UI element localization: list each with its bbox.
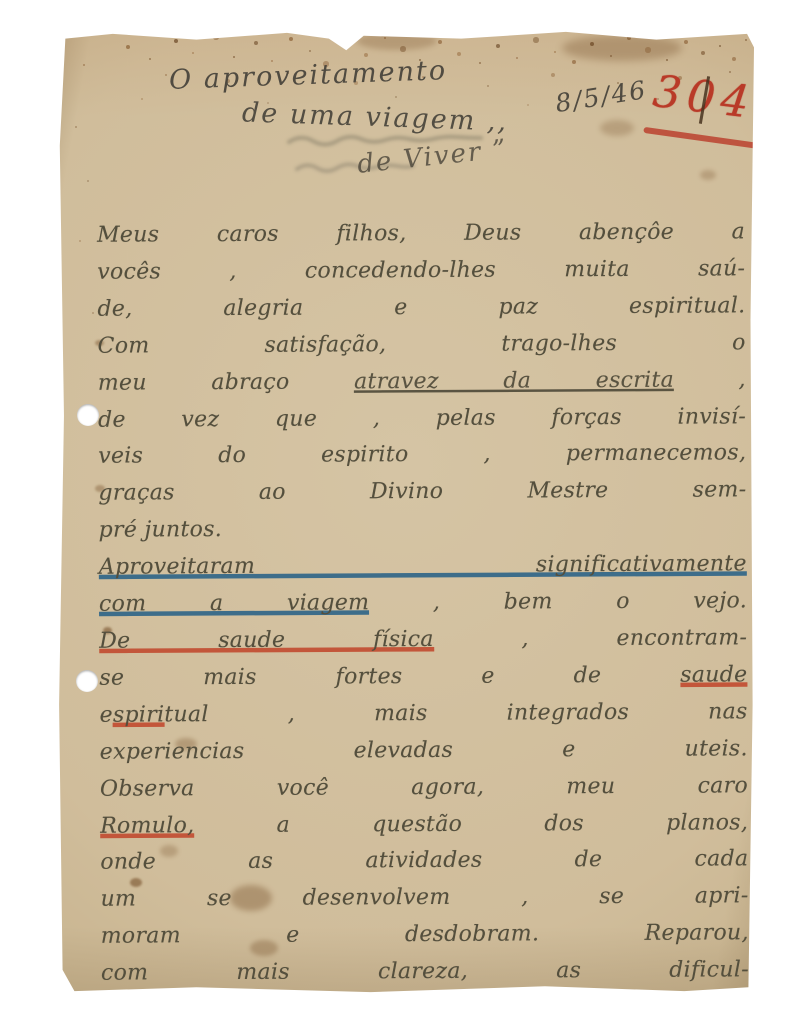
line-segment: com mais clareza, as dificul- <box>101 957 749 985</box>
manuscript-line: Com satisfação, trago-lhes o <box>98 325 746 365</box>
stain <box>700 170 716 180</box>
underlined-segment-red: spiri <box>113 702 165 727</box>
manuscript-line: meu abraço atravez da escrita , <box>98 362 746 402</box>
line-segment: e <box>100 702 113 727</box>
line-segment: de vez que , pelas forças invisí- <box>98 404 746 432</box>
manuscript-line: pré juntos. <box>99 510 747 550</box>
line-segment: tual , mais integrados nas <box>164 699 747 727</box>
underlined-segment-red: saude <box>680 662 747 687</box>
manuscript-line: moram e desdobram. Reparou, <box>101 916 749 956</box>
line-segment: , <box>674 367 746 392</box>
stain <box>357 32 437 50</box>
stain <box>600 120 634 136</box>
line-segment: a questão dos planos, <box>194 810 748 838</box>
manuscript-line: vocês , concedendo-lhes muita saú- <box>97 251 745 291</box>
manuscript-line: De saude física , encontram- <box>99 620 747 660</box>
line-segment: experiencias elevadas e uteis. <box>100 736 748 764</box>
page-number-underline <box>643 127 775 151</box>
underlined-segment-red: De saude física <box>99 627 434 654</box>
line-segment: meu abraço <box>98 369 354 395</box>
line-segment: se mais fortes e de <box>99 663 680 691</box>
manuscript-line: Meus caros filhos, Deus abençôe a <box>97 214 745 254</box>
line-segment: moram e desdobram. Reparou, <box>101 921 749 949</box>
header-title-line1: O aproveitamento <box>169 55 448 96</box>
manuscript-line: Romulo, a questão dos planos, <box>100 805 748 845</box>
hole-punch-bottom <box>76 670 98 692</box>
manuscript-line: com a viagem , bem o vejo. <box>99 583 747 623</box>
line-segment: Observa você agora, meu caro <box>100 773 748 801</box>
manuscript-line: veis do espirito , permanecemos, <box>98 436 746 476</box>
line-segment: vocês , concedendo-lhes muita saú- <box>97 256 745 284</box>
line-segment: de, alegria e paz espiritual. <box>97 293 745 321</box>
underlined-segment-red: Romulo, <box>100 813 194 838</box>
underlined-segment-pencil: atravez da escrita <box>354 367 674 394</box>
letter-body: Meus caros filhos, Deus abençôe avocês ,… <box>97 214 749 992</box>
line-segment: pré juntos. <box>99 517 223 543</box>
stain <box>562 35 682 61</box>
manuscript-line: experiencias elevadas e uteis. <box>100 731 748 771</box>
manuscript-line: Observa você agora, meu caro <box>100 768 748 808</box>
line-segment: , bem o vejo. <box>369 588 747 615</box>
manuscript-line: graças ao Divino Mestre sem- <box>98 473 746 513</box>
foxing-speckles <box>57 30 59 32</box>
underlined-segment-blue: Aproveitaram significativamente <box>99 551 747 579</box>
manuscript-line: onde as atividades de cada <box>100 842 748 882</box>
line-segment: onde as atividades de cada <box>100 847 748 875</box>
line-segment: graças ao Divino Mestre sem- <box>98 478 746 506</box>
manuscript-line: de vez que , pelas forças invisí- <box>98 399 746 439</box>
line-segment: veis do espirito , permanecemos, <box>98 441 746 469</box>
manuscript-line: de, alegria e paz espiritual. <box>97 288 745 328</box>
manuscript-line: com mais clareza, as dificul- <box>101 952 749 992</box>
hole-punch-top <box>77 404 99 426</box>
underlined-segment-blue: com a viagem <box>99 590 369 616</box>
manuscript-line: Aproveitaram significativamente <box>99 546 747 586</box>
header-date: 8/5/46 <box>553 75 649 118</box>
line-segment: um se desenvolvem , se apri- <box>100 884 748 912</box>
line-segment: Com satisfação, trago-lhes o <box>98 330 746 358</box>
manuscript-line: se mais fortes e de saude <box>99 657 747 697</box>
manuscript-line: um se desenvolvem , se apri- <box>100 879 748 919</box>
manuscript-line: espiritual , mais integrados nas <box>99 694 747 734</box>
line-segment: , encontram- <box>434 625 748 652</box>
line-segment: Meus caros filhos, Deus abençôe a <box>97 219 745 247</box>
manuscript-page: O aproveitamento de uma viagem ,, 8/5/46… <box>57 30 754 994</box>
